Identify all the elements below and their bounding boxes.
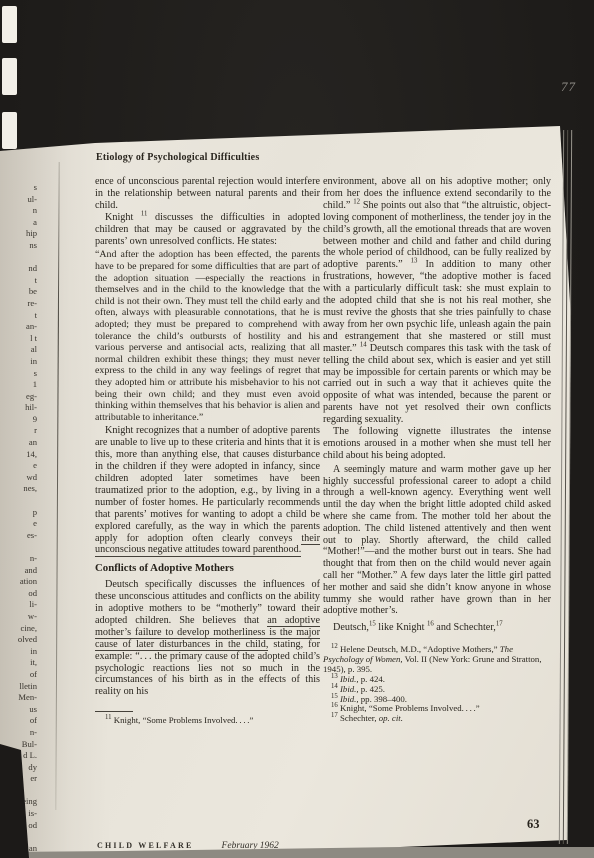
- right-column: environment, above all on his adoptive m…: [323, 176, 551, 724]
- running-head: Etiology of Psychological Difficulties: [96, 152, 396, 163]
- vignette-paragraph: A seemingly mature and warm mother gave …: [323, 464, 551, 617]
- paragraph: Deutsch specifically discusses the influ…: [95, 579, 320, 698]
- journal-name: CHILD WELFARE: [97, 841, 194, 850]
- paragraph: Deutsch,15 like Knight 16 and Schechter,…: [323, 622, 551, 634]
- footnotes-block: 12 Helene Deutsch, M.D., “Adoptive Mothe…: [323, 645, 551, 724]
- footnote-11: 11 Knight, “Some Problems Involved. . . …: [95, 716, 320, 726]
- page-number: 63: [527, 817, 540, 832]
- section-heading: Conflicts of Adoptive Mothers: [95, 563, 320, 575]
- footnote-rule: [95, 711, 133, 712]
- paragraph: Knight recognizes that a number of adopt…: [95, 425, 320, 556]
- film-sprocket-mark: [2, 112, 17, 149]
- paragraph: Knight 11 discusses the difficulties in …: [95, 212, 320, 248]
- film-frame-number: 77: [561, 79, 576, 95]
- footnote-17: 17 Schechter, op. cit.: [323, 714, 551, 724]
- paragraph: The following vignette illustrates the i…: [323, 426, 551, 462]
- left-column: ence of unconscious parental rejection w…: [95, 176, 320, 726]
- footnote-12: 12 Helene Deutsch, M.D., “Adoptive Mothe…: [323, 645, 551, 675]
- page-gutter-fold: [55, 162, 59, 810]
- paragraph-continuation: ence of unconscious parental rejection w…: [95, 176, 320, 212]
- film-sprocket-mark: [2, 58, 17, 95]
- film-sprocket-mark: [2, 6, 17, 43]
- paragraph-continuation: environment, above all on his adoptive m…: [323, 176, 551, 426]
- block-quote: “And after the adoption has been effecte…: [95, 249, 320, 423]
